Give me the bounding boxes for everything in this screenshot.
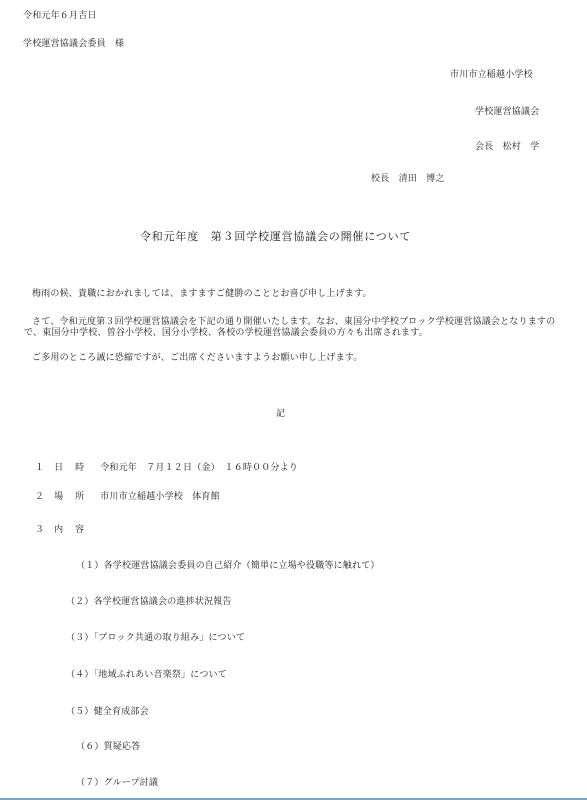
detail-label-b: 容 — [75, 526, 97, 535]
document-title: 令和元年度 第３回学校運営協議会の開催について — [140, 231, 411, 242]
paragraph-announcement: さて、令和元度第３回学校運営協議会を下記の通り開催いたします。なお、東国分中学校… — [24, 317, 564, 339]
agenda-item-7: （７）グループ討議 — [76, 779, 158, 788]
detail-label-a: 内 — [54, 526, 72, 535]
issue-date: 令和元年６月吉日 — [23, 12, 97, 21]
detail-label-b: 時 — [75, 464, 97, 473]
detail-value: 令和元年 ７月１２日（金） １６時００分より — [100, 464, 298, 473]
sender-principal: 校長 清田 博之 — [371, 175, 445, 184]
sender-council: 学校運営協議会 — [475, 108, 539, 117]
detail-number: １ — [35, 464, 51, 473]
paragraph-greeting: 梅雨の候、貴職におかれましては、ますますご健勝のこととお喜び申し上げます。 — [24, 289, 564, 300]
agenda-item-6: （６）質疑応答 — [76, 743, 140, 752]
agenda-item-3: （３）「ブロック共通の取り組み」について — [66, 634, 245, 643]
detail-number: ２ — [35, 493, 51, 502]
detail-label-b: 所 — [75, 493, 97, 502]
detail-datetime: １ 日 時 令和元年 ７月１２日（金） １６時００分より — [35, 464, 298, 473]
detail-label-a: 場 — [54, 493, 72, 502]
addressee: 学校運営協議会委員 様 — [23, 40, 124, 49]
agenda-item-4: （４）「地域ふれあい音楽祭」について — [66, 671, 227, 680]
paragraph-request: ご多用のところ誠に恐縮ですが、ご出席くださいますようお願い申し上げます。 — [24, 353, 564, 364]
agenda-item-5: （５）健全育成部会 — [66, 708, 149, 717]
agenda-item-1: （１）各学校運営協議会委員の自己紹介（簡単に立場や役職等に触れて） — [76, 562, 380, 571]
detail-value: 市川市立稲越小学校 体育館 — [100, 493, 220, 502]
detail-label-a: 日 — [54, 464, 72, 473]
detail-content: ３ 内 容 — [35, 526, 97, 535]
detail-venue: ２ 場 所 市川市立稲越小学校 体育館 — [35, 493, 220, 502]
sender-chair: 会長 松村 学 — [475, 143, 539, 152]
sender-school: 市川市立稲越小学校 — [450, 71, 533, 80]
agenda-item-2: （２）各学校運営協議会の進捗状況報告 — [66, 598, 232, 607]
detail-number: ３ — [35, 526, 51, 535]
ki-heading: 記 — [276, 410, 285, 419]
